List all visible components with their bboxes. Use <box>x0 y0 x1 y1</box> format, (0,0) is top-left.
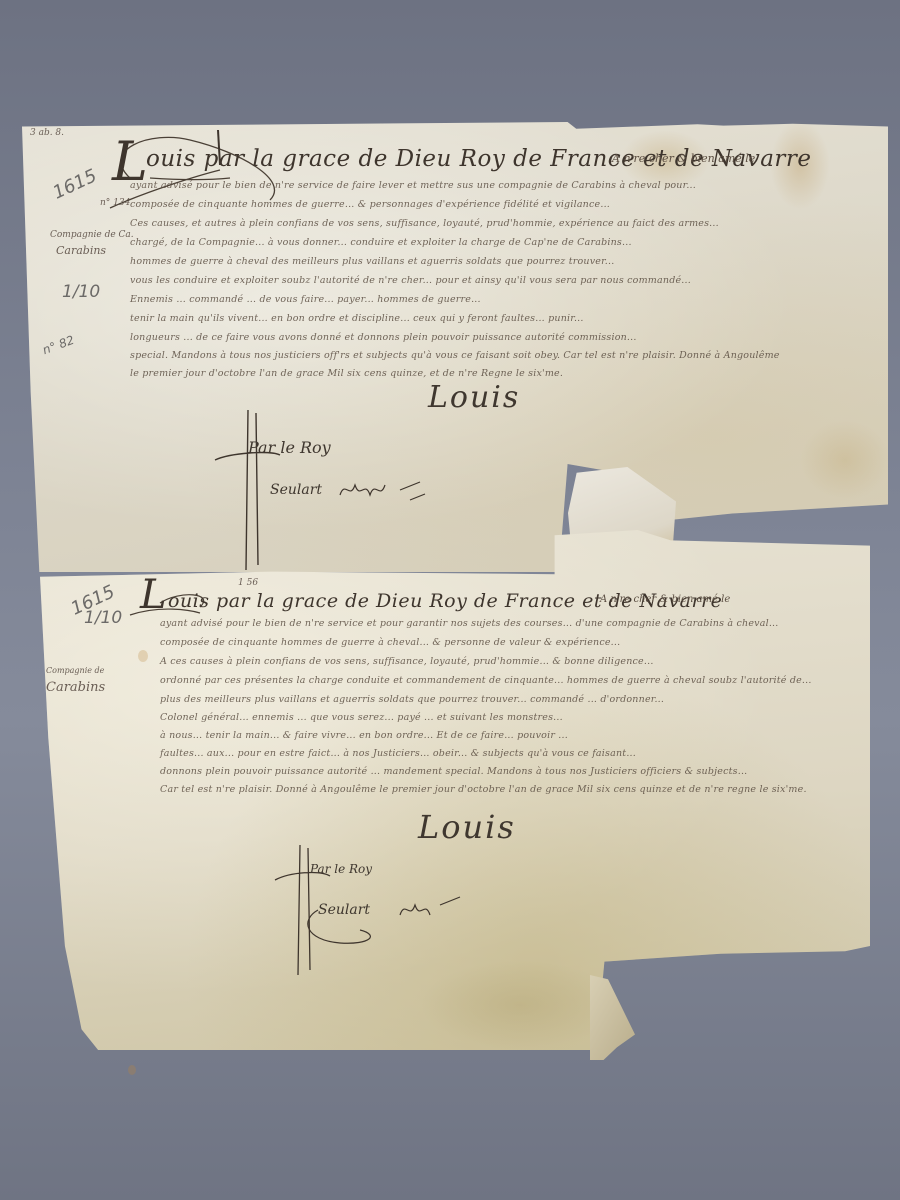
secretary-signature-top: Seulart <box>270 482 322 498</box>
corner-note-top: 3 ab. 8. <box>30 128 64 138</box>
pencil-fraction-top: 1/10 <box>62 282 100 302</box>
royal-signature-bottom: Louis <box>418 808 516 846</box>
text-line: à nous... tenir la main... & faire vivre… <box>160 730 568 741</box>
text-line: Ennemis ... commandé ... de vous faire..… <box>130 294 481 305</box>
paraph-flourish-top <box>340 470 430 510</box>
text-line: chargé, de la Compagnie... à vous donner… <box>130 237 632 248</box>
text-line: tenir la main qu'ils vivent... en bon or… <box>130 313 584 324</box>
countersign-top: Par le Roy <box>248 438 331 457</box>
countersign-bottom: Par le Roy <box>310 862 372 876</box>
photograph: 3 ab. 8. 1615 1/10 n° 82 n° 134 Compagni… <box>0 0 900 1200</box>
salutation-bottom: A n're cher & bien amé le <box>600 594 730 605</box>
text-line: longueurs ... de ce faire vous avons don… <box>130 332 637 343</box>
royal-signature-top: Louis <box>428 380 520 415</box>
salutation-top: A n're cher & bien amé le <box>612 152 755 165</box>
margin-note-line: Compagnie de <box>46 666 104 675</box>
text-line: ayant advisé pour le bien de n're servic… <box>160 618 779 629</box>
text-line: le premier jour d'octobre l'an de grace … <box>130 368 563 379</box>
text-line: A ces causes à plein confians de vos sen… <box>160 656 654 667</box>
margin-note-line: Compagnie de Ca. <box>50 230 134 240</box>
corner-note-bottom: 1 56 <box>238 578 258 588</box>
text-line: ayant advisé pour le bien de n're servic… <box>130 180 696 191</box>
text-line: special. Mandons à tous nos justiciers o… <box>130 350 780 361</box>
text-line: composée de cinquante hommes de guerre à… <box>160 637 620 648</box>
margin-note-line: Carabins <box>56 244 106 257</box>
pencil-fraction-bottom: 1/10 <box>84 608 122 628</box>
spot <box>128 1065 136 1075</box>
paraph-flourish-bottom <box>300 895 470 955</box>
text-line: Car tel est n're plaisir. Donné à Angoul… <box>160 784 807 795</box>
text-line: vous les conduire et exploiter soubz l'a… <box>130 275 691 286</box>
text-line: Ces causes, et autres à plein confians d… <box>130 218 719 229</box>
folded-corner <box>590 975 635 1060</box>
text-line: composée de cinquante hommes de guerre..… <box>130 199 610 210</box>
text-line: Colonel général... ennemis ... que vous … <box>160 712 563 723</box>
margin-note-line: Carabins <box>46 680 105 695</box>
text-line: faultes... aux... pour en estre faict...… <box>160 748 636 759</box>
text-line: hommes de guerre à cheval des meilleurs … <box>130 256 614 267</box>
text-line: ordonné par ces présentes la charge cond… <box>160 675 812 686</box>
text-line: donnons plein pouvoir puissance autorité… <box>160 766 747 777</box>
text-line: plus des meilleurs plus vaillans et ague… <box>160 694 664 705</box>
incipit-initial-bottom: L <box>140 572 167 618</box>
